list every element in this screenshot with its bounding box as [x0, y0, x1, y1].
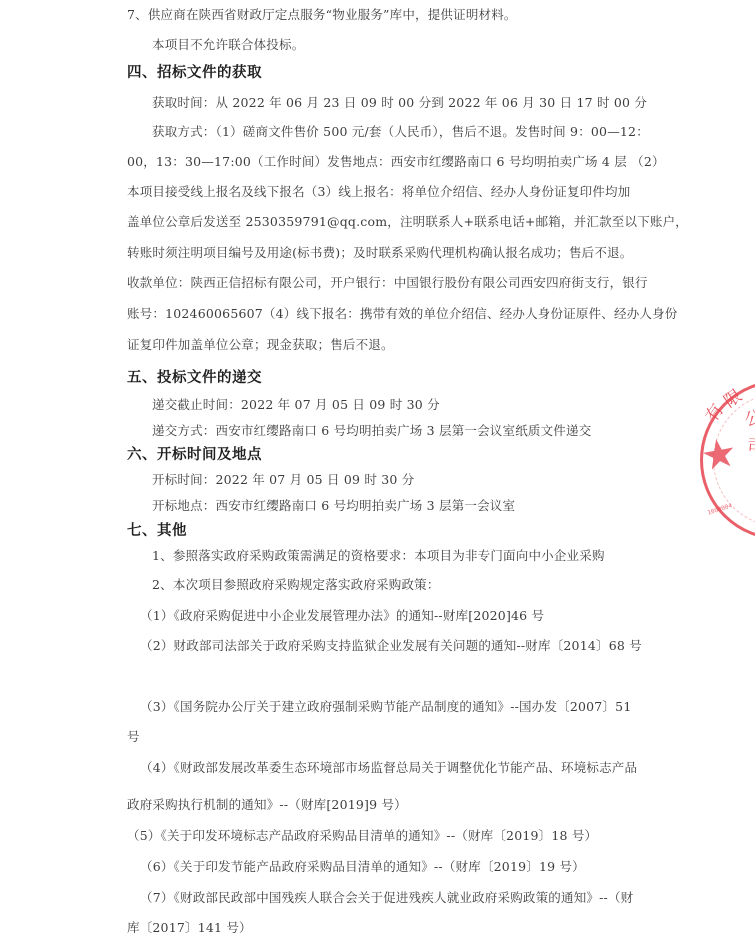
policy-item-7: （7）《财政部民政部中国残疾人联合会关于促进残疾人就业政府采购政策的通知》--（…	[140, 890, 633, 906]
obtain-method-line: 收款单位：陕西正信招标有限公司，开户银行：中国银行股份有限公司西安四府街支行，银…	[127, 275, 648, 291]
submission-method: 递交方式：西安市红缨路南口 6 号均明拍卖广场 3 层第一会议室纸质文件递交	[152, 423, 591, 439]
policy-item-5: （5）《关于印发环境标志产品政府采购品目清单的通知》--（财库〔2019〕18 …	[127, 828, 597, 844]
section-7-heading: 七、其他	[127, 522, 187, 540]
section-5-heading: 五、投标文件的递交	[127, 369, 262, 387]
policy-item-3-cont: 号	[127, 729, 140, 745]
policy-item-3: （3）《国务院办公厅关于建立政府强制采购节能产品制度的通知》--国办发〔2007…	[140, 699, 631, 715]
document-page: 7、供应商在陕西省财政厅定点服务“物业服务”库中，提供证明材料。 本项目不允许联…	[0, 0, 755, 937]
other-item-2: 2、本次项目参照政府采购规定落实政府采购政策：	[152, 577, 440, 593]
seal-star-icon: ★	[698, 432, 740, 478]
obtain-method-line: 00，13：30—17:00（工作时间）发售地点：西安市红缨路南口 6 号均明拍…	[127, 154, 665, 170]
obtain-method-line: 获取方式：（1）磋商文件售价 500 元/套（人民币），售后不退。发售时间 9：…	[152, 124, 649, 140]
seal-code: 1000004	[707, 503, 733, 517]
requirement-item-7: 7、供应商在陕西省财政厅定点服务“物业服务”库中，提供证明材料。	[127, 7, 517, 23]
policy-item-2: （2）财政部司法部关于政府采购支持监狱企业发展有关问题的通知--财库〔2014〕…	[140, 638, 642, 654]
policy-item-4-cont: 政府采购执行机制的通知》--（财库[2019]9 号）	[127, 797, 407, 813]
company-seal-stamp: 有 限 公 司 ★ 1000004	[700, 380, 755, 540]
opening-place: 开标地点：西安市红缨路南口 6 号均明拍卖广场 3 层第一会议室	[152, 498, 515, 514]
obtain-method-line: 账号：102460065607（4）线下报名：携带有效的单位介绍信、经办人身份证…	[127, 306, 678, 322]
obtain-method-line: 转账时须注明项目编号及用途(标书费)；及时联系采购代理机构确认报名成功；售后不退…	[127, 245, 632, 261]
obtain-method-line: 本项目接受线上报名及线下报名（3）线上报名：将单位介绍信、经办人身份证复印件均加	[127, 184, 630, 200]
opening-time: 开标时间：2022 年 07 月 05 日 09 时 30 分	[152, 472, 414, 488]
policy-item-1: （1）《政府采购促进中小企业发展管理办法》的通知--财库[2020]46 号	[140, 608, 544, 624]
policy-item-6: （6）《关于印发节能产品政府采购品目清单的通知》--（财库〔2019〕19 号）	[140, 859, 585, 875]
policy-item-7-cont: 库〔2017〕141 号）	[127, 920, 252, 936]
seal-char: 司	[746, 438, 755, 456]
submission-deadline: 递交截止时间：2022 年 07 月 05 日 09 时 30 分	[152, 397, 440, 413]
no-consortium-note: 本项目不允许联合体投标。	[152, 37, 304, 53]
section-4-heading: 四、招标文件的获取	[127, 64, 262, 82]
other-item-1: 1、参照落实政府采购政策需满足的资格要求：本项目为非专门面向中小企业采购	[152, 548, 605, 564]
obtain-time: 获取时间：从 2022 年 06 月 23 日 09 时 00 分到 2022 …	[152, 95, 647, 111]
obtain-method-line: 盖单位公章后发送至 2530359791@qq.com，注明联系人+联系电话+邮…	[127, 214, 688, 230]
policy-item-4: （4）《财政部发展改革委生态环境部市场监督总局关于调整优化节能产品、环境标志产品	[140, 760, 637, 776]
section-6-heading: 六、开标时间及地点	[127, 446, 262, 464]
obtain-method-line: 证复印件加盖单位公章；现金获取；售后不退。	[127, 337, 394, 353]
